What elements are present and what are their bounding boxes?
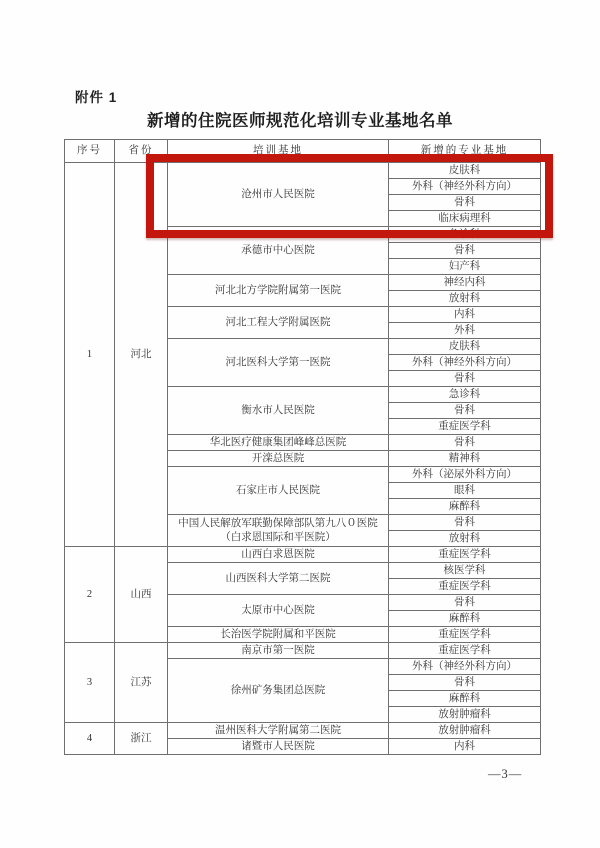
specialty-cell: 骨科 xyxy=(389,515,541,531)
hospital-cell: 沧州市人民医院 xyxy=(168,163,389,227)
specialty-cell: 重症医学科 xyxy=(389,627,541,643)
hospital-cell: 中国人民解放军联勤保障部队第九八０医院 （白求恩国际和平医院） xyxy=(168,515,389,547)
specialty-cell: 内科 xyxy=(389,307,541,323)
specialty-cell: 核医学科 xyxy=(389,563,541,579)
page-number: —3— xyxy=(488,767,522,782)
hospital-cell: 河北北方学院附属第一医院 xyxy=(168,275,389,307)
specialty-cell: 外科 xyxy=(389,323,541,339)
header-training-base: 培训基地 xyxy=(168,140,389,163)
row-number-cell: 2 xyxy=(65,547,115,643)
specialty-cell: 皮肤科 xyxy=(389,163,541,179)
specialty-cell: 骨科 xyxy=(389,403,541,419)
specialty-cell: 眼科 xyxy=(389,483,541,499)
specialty-cell: 放射科 xyxy=(389,291,541,307)
table-row: 3江苏南京市第一医院重症医学科 xyxy=(65,643,541,659)
province-cell: 河北 xyxy=(115,163,168,547)
header-serial-number: 序号 xyxy=(65,140,115,163)
hospital-cell: 开滦总医院 xyxy=(168,451,389,467)
specialty-cell: 急诊科 xyxy=(389,227,541,243)
specialty-cell: 放射科 xyxy=(389,531,541,547)
hospital-cell: 诸暨市人民医院 xyxy=(168,739,389,755)
header-new-specialty-base: 新增的专业基地 xyxy=(389,140,541,163)
hospital-cell: 河北工程大学附属医院 xyxy=(168,307,389,339)
header-province: 省份 xyxy=(115,140,168,163)
specialty-cell: 骨科 xyxy=(389,243,541,259)
specialty-cell: 妇产科 xyxy=(389,259,541,275)
table-row: 1河北沧州市人民医院皮肤科 xyxy=(65,163,541,179)
table-header: 序号 省份 培训基地 新增的专业基地 xyxy=(65,140,541,163)
specialty-cell: 重症医学科 xyxy=(389,643,541,659)
specialty-cell: 神经内科 xyxy=(389,275,541,291)
specialty-cell: 麻醉科 xyxy=(389,611,541,627)
hospital-cell: 徐州矿务集团总医院 xyxy=(168,659,389,723)
header-row: 序号 省份 培训基地 新增的专业基地 xyxy=(65,140,541,163)
hospital-cell: 南京市第一医院 xyxy=(168,643,389,659)
specialty-cell: 放射肿瘤科 xyxy=(389,723,541,739)
province-cell: 山西 xyxy=(115,547,168,643)
specialty-cell: 麻醉科 xyxy=(389,691,541,707)
document-page: 附件 1 新增的住院医师规范化培训专业基地名单 序号 省份 培训基地 新增的专业… xyxy=(0,0,600,848)
specialty-cell: 骨科 xyxy=(389,595,541,611)
specialty-cell: 外科（神经外科方向） xyxy=(389,179,541,195)
table-row: 2山西山西白求恩医院重症医学科 xyxy=(65,547,541,563)
row-number-cell: 3 xyxy=(65,643,115,723)
specialty-cell: 重症医学科 xyxy=(389,547,541,563)
specialty-cell: 外科（泌尿外科方向） xyxy=(389,467,541,483)
specialty-cell: 急诊科 xyxy=(389,387,541,403)
attachment-label: 附件 1 xyxy=(75,86,117,106)
hospital-cell: 山西医科大学第二医院 xyxy=(168,563,389,595)
hospital-cell: 华北医疗健康集团峰峰总医院 xyxy=(168,435,389,451)
specialty-cell: 外科（神经外科方向） xyxy=(389,355,541,371)
specialty-cell: 放射肿瘤科 xyxy=(389,707,541,723)
table-body: 1河北沧州市人民医院皮肤科外科（神经外科方向）骨科临床病理科承德市中心医院急诊科… xyxy=(65,163,541,755)
specialty-cell: 内科 xyxy=(389,739,541,755)
specialty-cell: 重症医学科 xyxy=(389,419,541,435)
hospital-cell: 太原市中心医院 xyxy=(168,595,389,627)
document-title: 新增的住院医师规范化培训专业基地名单 xyxy=(0,107,600,131)
row-number-cell: 4 xyxy=(65,723,115,755)
hospital-cell: 衡水市人民医院 xyxy=(168,387,389,435)
specialty-cell: 重症医学科 xyxy=(389,579,541,595)
specialty-cell: 骨科 xyxy=(389,675,541,691)
specialty-cell: 骨科 xyxy=(389,371,541,387)
specialty-cell: 皮肤科 xyxy=(389,339,541,355)
table-row: 4浙江温州医科大学附属第二医院放射肿瘤科 xyxy=(65,723,541,739)
hospital-cell: 山西白求恩医院 xyxy=(168,547,389,563)
row-number-cell: 1 xyxy=(65,163,115,547)
specialty-cell: 外科（神经外科方向） xyxy=(389,659,541,675)
hospital-cell: 河北医科大学第一医院 xyxy=(168,339,389,387)
specialty-cell: 骨科 xyxy=(389,195,541,211)
specialty-cell: 精神科 xyxy=(389,451,541,467)
specialty-cell: 麻醉科 xyxy=(389,499,541,515)
hospital-cell: 长治医学院附属和平医院 xyxy=(168,627,389,643)
hospital-cell: 石家庄市人民医院 xyxy=(168,467,389,515)
hospital-cell: 承德市中心医院 xyxy=(168,227,389,275)
province-cell: 浙江 xyxy=(115,723,168,755)
training-base-table: 序号 省份 培训基地 新增的专业基地 1河北沧州市人民医院皮肤科外科（神经外科方… xyxy=(64,139,541,755)
specialty-cell: 骨科 xyxy=(389,435,541,451)
hospital-cell: 温州医科大学附属第二医院 xyxy=(168,723,389,739)
specialty-cell: 临床病理科 xyxy=(389,211,541,227)
province-cell: 江苏 xyxy=(115,643,168,723)
